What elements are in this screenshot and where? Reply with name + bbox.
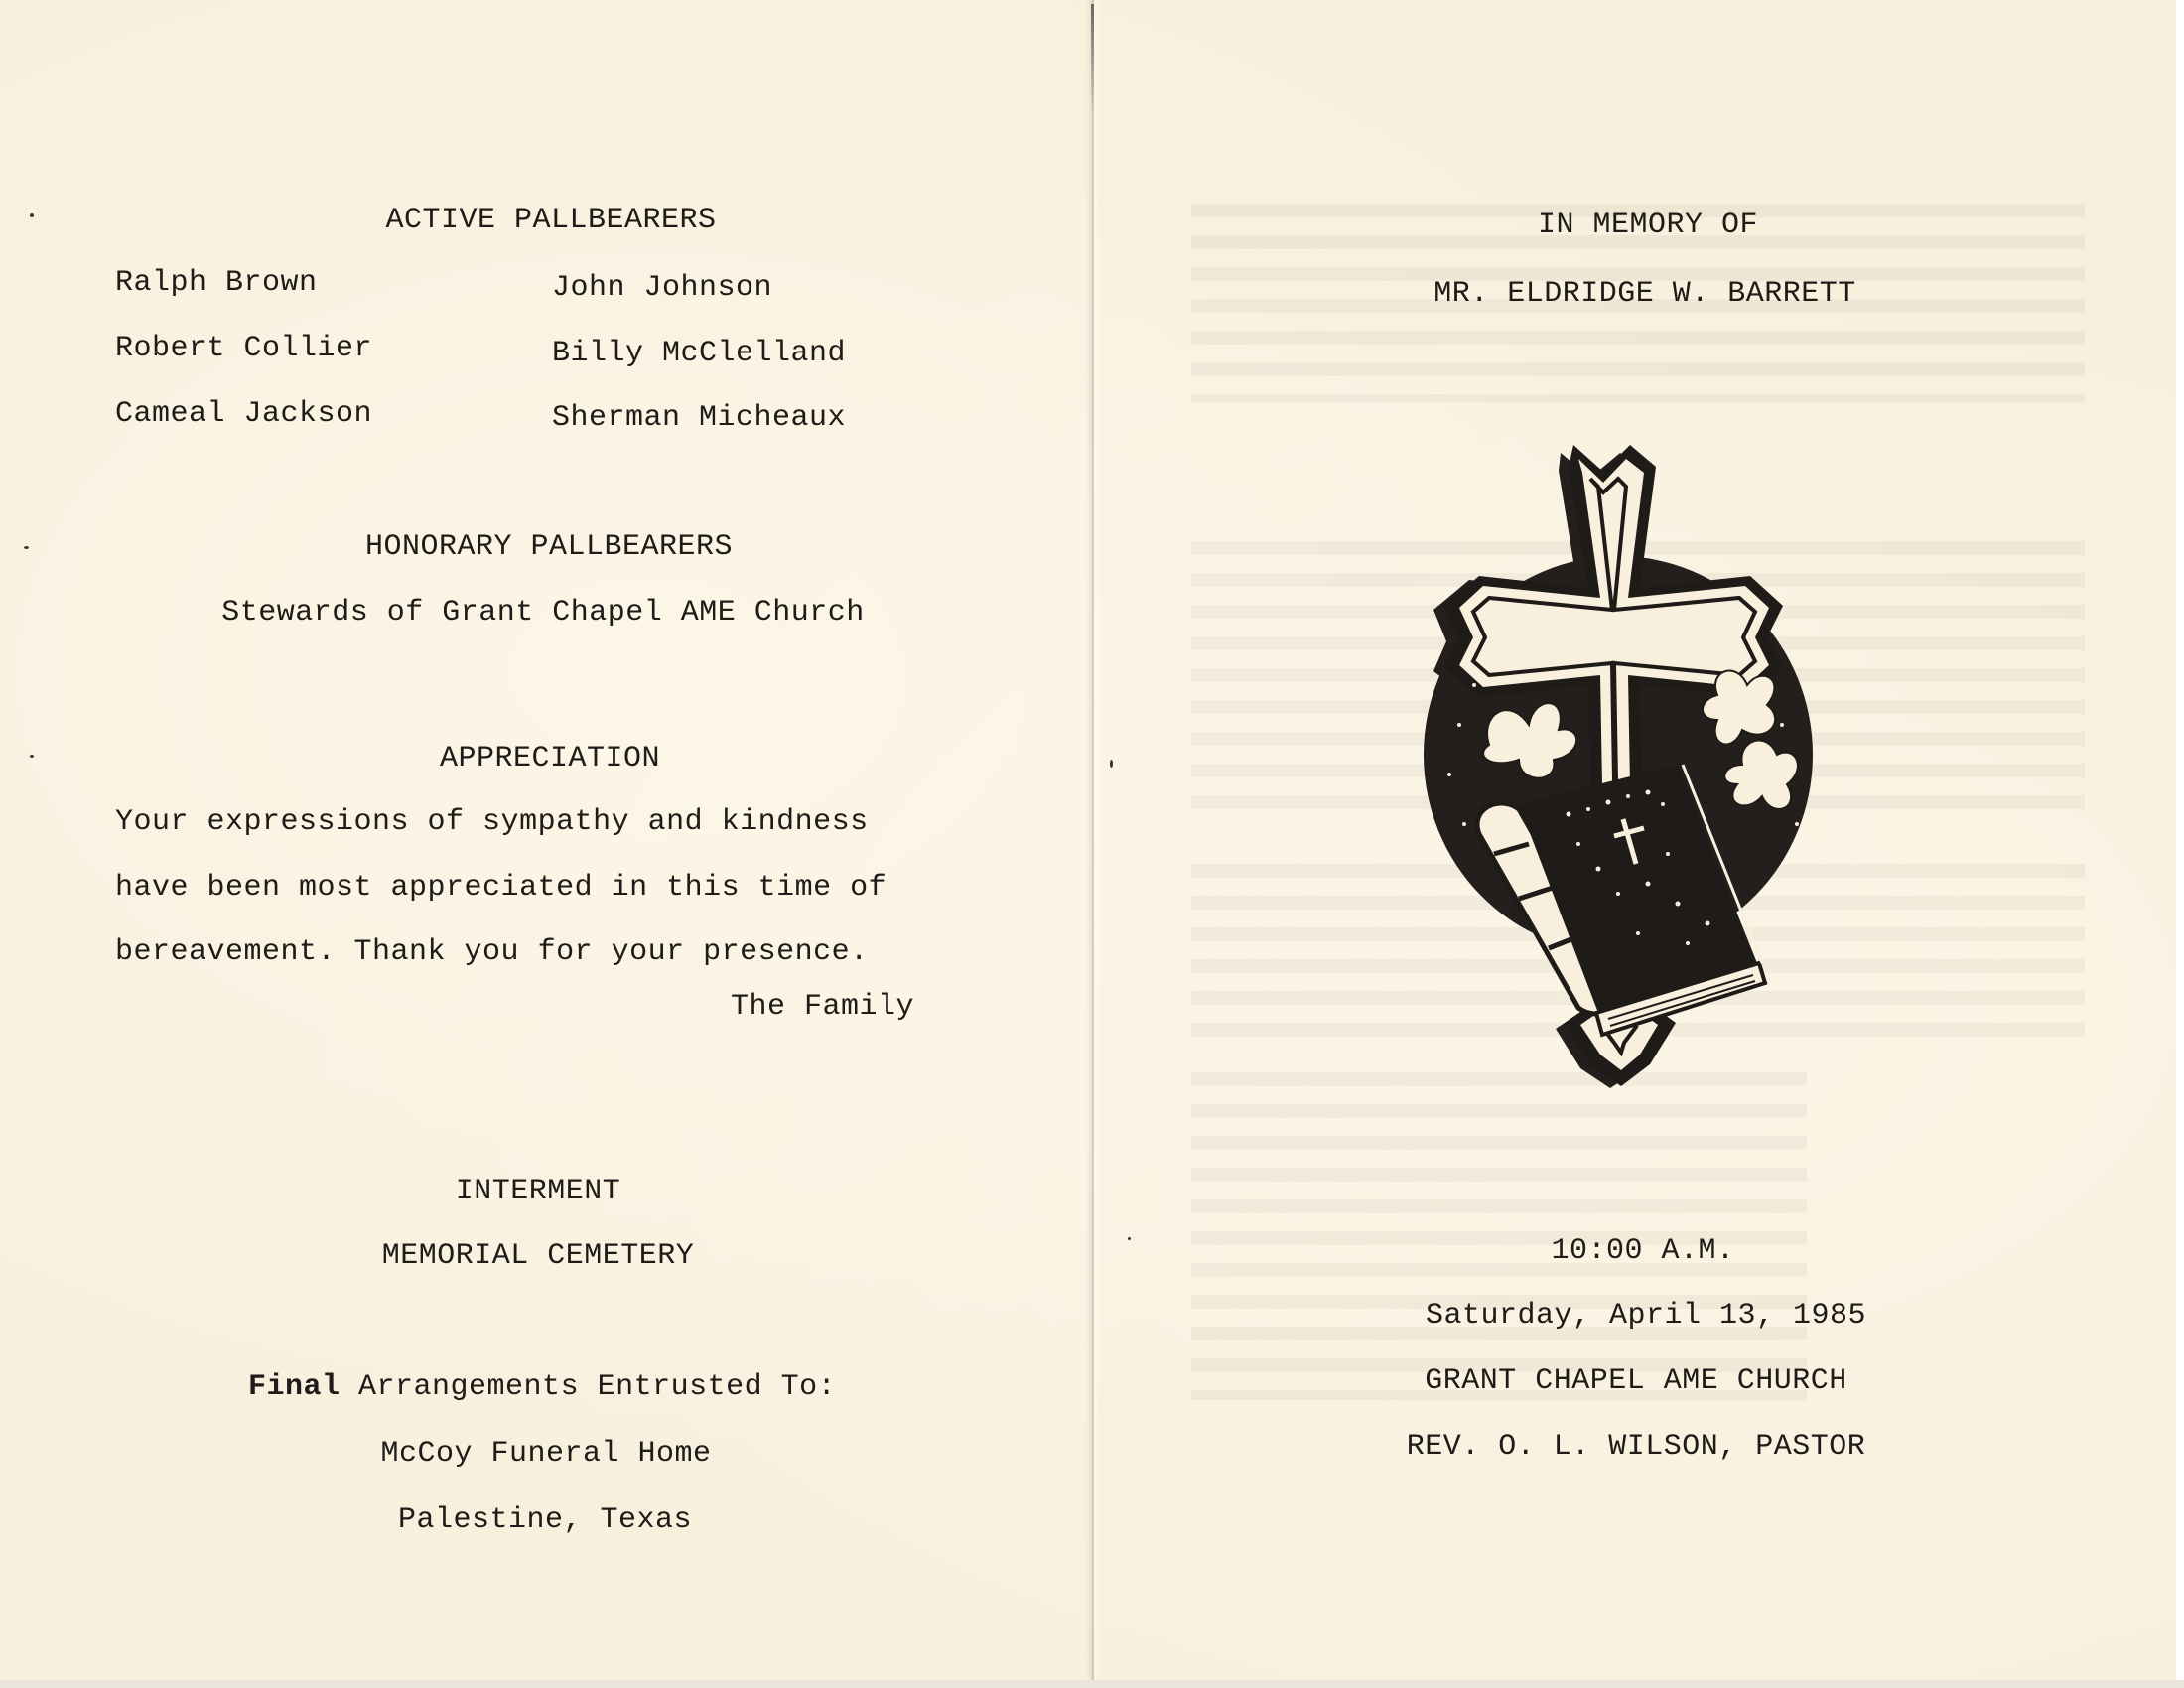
interment-place: MEMORIAL CEMETERY (382, 1238, 695, 1274)
stray-mark (1128, 1237, 1131, 1240)
scan-edge-right (2176, 0, 2184, 1688)
cross-bible-lilies-icon (1420, 427, 1817, 1112)
service-date: Saturday, April 13, 1985 (1426, 1298, 1866, 1334)
pallbearer-name: Cameal Jackson (115, 396, 372, 432)
interment-heading: INTERMENT (456, 1174, 621, 1209)
funeral-home-name: McCoy Funeral Home (380, 1436, 711, 1472)
stray-mark (30, 755, 34, 758)
pallbearer-name: John Johnson (552, 270, 772, 306)
service-time: 10:00 A.M. (1551, 1233, 1734, 1269)
stray-mark (30, 213, 34, 217)
pallbearer-name: Ralph Brown (115, 265, 318, 301)
active-pallbearers-heading: ACTIVE PALLBEARERS (385, 203, 716, 238)
arrangements-heading-rest: Arrangements Entrusted To: (358, 1370, 836, 1404)
pastor-name: REV. O. L. WILSON, PASTOR (1407, 1429, 1866, 1465)
appreciation-line: have been most appreciated in this time … (115, 870, 887, 906)
arrangements-lead-word: Final (248, 1370, 341, 1404)
arrangements-heading: Final Arrangements Entrusted To: (248, 1369, 836, 1405)
fold-crease (1091, 4, 1094, 113)
church-name: GRANT CHAPEL AME CHURCH (1425, 1363, 1847, 1399)
in-memory-of-label: IN MEMORY OF (1538, 208, 1758, 243)
honorary-pallbearers-heading: HONORARY PALLBEARERS (365, 529, 733, 565)
deceased-name: MR. ELDRIDGE W. BARRETT (1433, 276, 1856, 312)
center-fold (1086, 0, 1100, 1680)
appreciation-heading: APPRECIATION (440, 741, 660, 776)
pallbearer-name: Billy McClelland (552, 336, 846, 371)
pallbearer-name: Robert Collier (115, 331, 372, 366)
appreciation-line: bereavement. Thank you for your presence… (115, 934, 869, 970)
scan-edge-bottom (0, 1680, 2184, 1688)
funeral-home-location: Palestine, Texas (398, 1502, 692, 1538)
pallbearer-name: Sherman Micheaux (552, 400, 846, 436)
stray-mark (24, 546, 29, 549)
stray-mark (1110, 760, 1113, 768)
appreciation-line: Your expressions of sympathy and kindnes… (115, 804, 869, 840)
appreciation-signature: The Family (731, 989, 914, 1025)
honorary-pallbearers-text: Stewards of Grant Chapel AME Church (221, 595, 865, 631)
